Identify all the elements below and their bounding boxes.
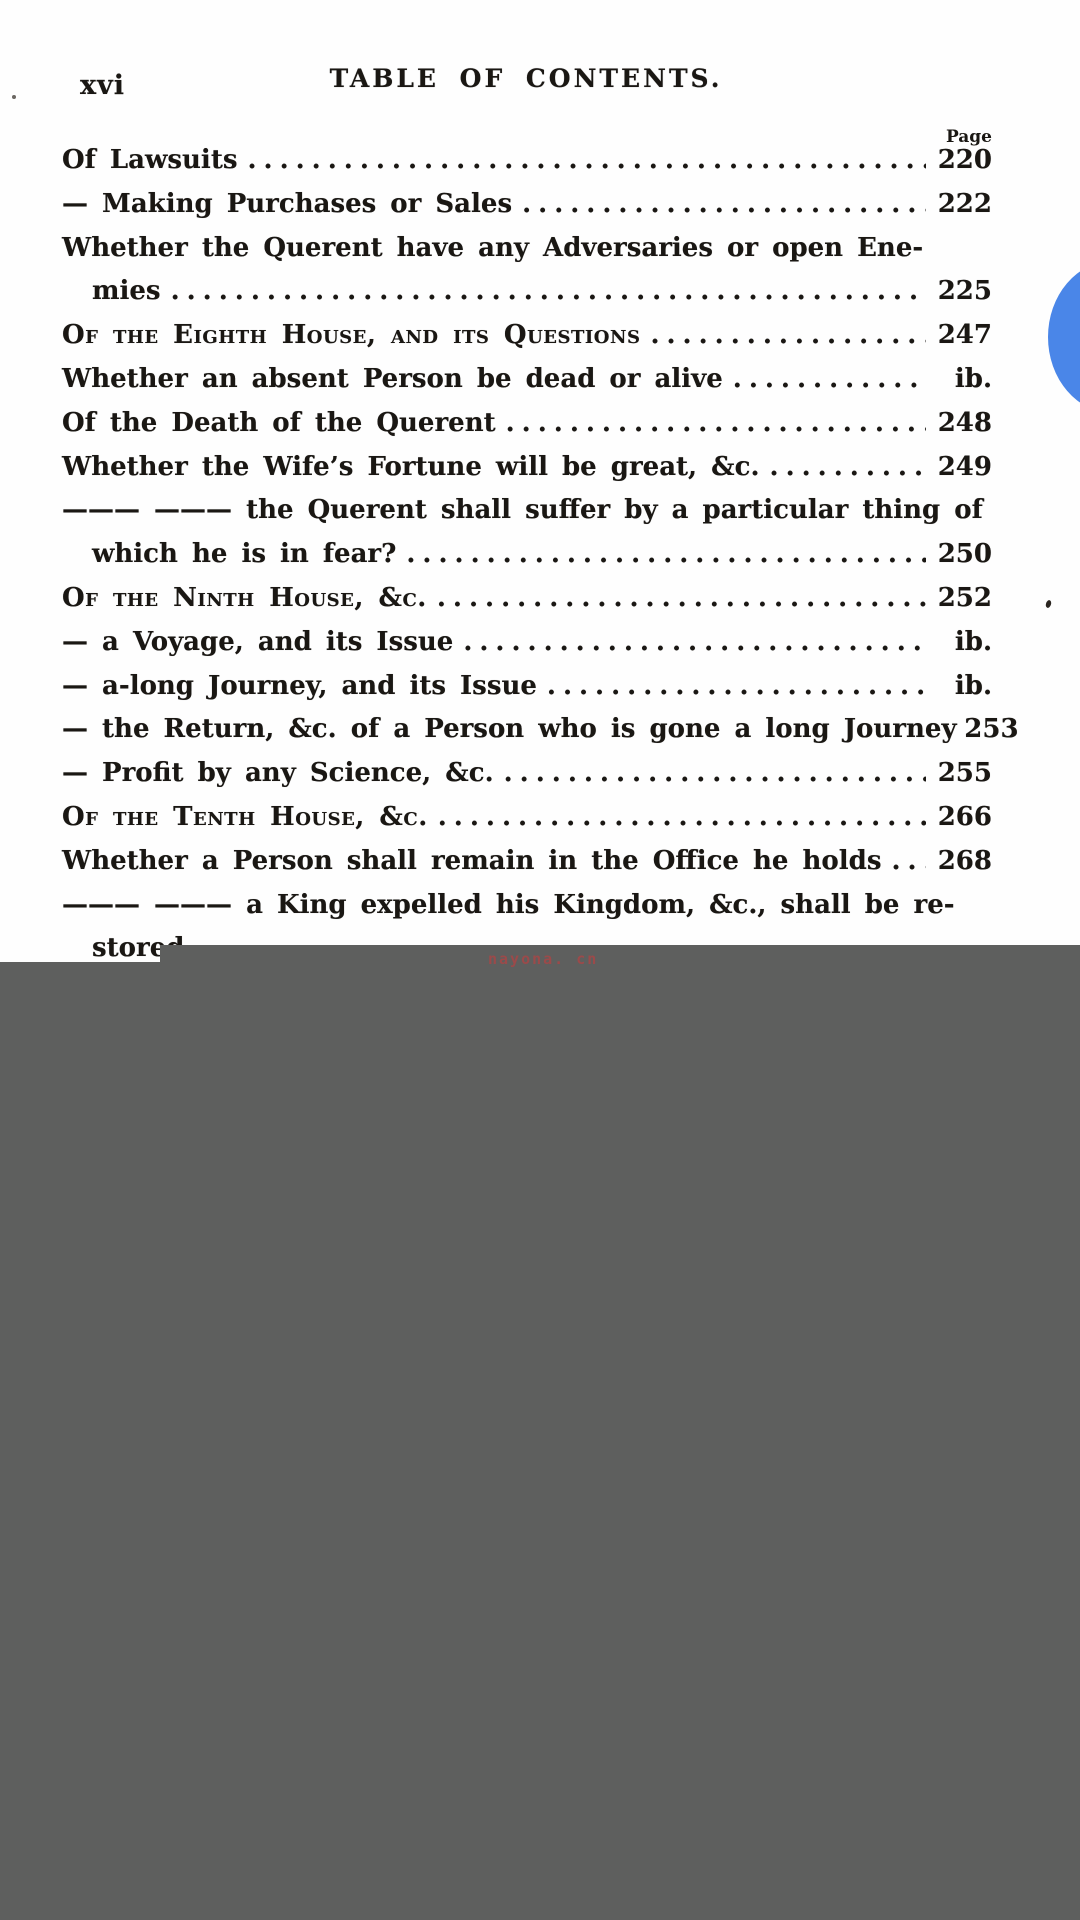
dot-leader: ........................................…: [650, 320, 926, 350]
blue-accent-shape: [1048, 261, 1080, 413]
toc-entry-page: 220: [930, 145, 992, 175]
toc-entry-text: — Making Purchases or Sales: [62, 189, 512, 219]
toc-entry-text: Of the Death of the Querent: [62, 408, 496, 438]
dot-leader: ........................................…: [522, 189, 926, 219]
page-title: TABLE OF CONTENTS.: [60, 64, 992, 93]
toc-entry-text: Of Lawsuits: [62, 145, 237, 175]
dot-leader: ........................................…: [406, 539, 926, 569]
toc-entry: — the Return, &c. of a Person who is gon…: [62, 714, 992, 758]
toc-entry: Of the Eighth House, and its Questions..…: [62, 320, 992, 364]
toc-entry-page: 266: [930, 802, 992, 832]
toc-entry-text: Of the Ninth House, &c.: [62, 583, 427, 613]
toc-entry: Whether the Wife’s Fortune will be great…: [62, 452, 992, 496]
dot-leader: ........................................…: [547, 671, 926, 701]
toc-entry: mies....................................…: [62, 276, 992, 320]
toc-entry: — a Voyage, and its Issue...............…: [62, 627, 992, 671]
toc-entry: Of the Tenth House, &c..................…: [62, 802, 992, 846]
toc-entry: ——— ——— a King expelled his Kingdom, &c.…: [62, 890, 992, 934]
toc-entry-text: ——— ——— the Querent shall suffer by a pa…: [62, 495, 983, 525]
dot-leader: ........................................…: [463, 627, 926, 657]
page-column-label: Page: [60, 127, 992, 147]
dot-leader: ........................................…: [504, 758, 926, 788]
watermark-text: nayona. cn: [488, 950, 598, 968]
toc-entry: which he is in fear?....................…: [62, 539, 992, 583]
toc-entry-text: — a-long Journey, and its Issue: [62, 671, 537, 701]
toc-entry-page: ib.: [930, 627, 992, 657]
toc-entry: — a-long Journey, and its Issue.........…: [62, 671, 992, 715]
scanned-book-page: xvi TABLE OF CONTENTS. Page Of Lawsuits.…: [0, 0, 1080, 1920]
scan-speck: [12, 95, 16, 99]
toc-entry: Whether the Querent have any Adversaries…: [62, 233, 992, 277]
toc-entry-text: — Profit by any Science, &c.: [62, 758, 494, 788]
toc-entry-text: Whether the Wife’s Fortune will be great…: [62, 452, 760, 482]
toc-entry: ——— ——— the Querent shall suffer by a pa…: [62, 495, 992, 539]
toc-entry-text: Of the Eighth House, and its Questions: [62, 320, 640, 350]
toc-entry: Of Lawsuits.............................…: [62, 145, 992, 189]
dot-leader: ........................................…: [891, 846, 926, 876]
toc-entry: Of the Death of the Querent.............…: [62, 408, 992, 452]
dot-leader: ........................................…: [437, 583, 926, 613]
toc-entry: Of the Ninth House, &c..................…: [62, 583, 992, 627]
toc-entry-text: — a Voyage, and its Issue: [62, 627, 453, 657]
toc-entry-page: 249: [930, 452, 992, 482]
toc-entry: Whether a Person shall remain in the Off…: [62, 846, 992, 890]
toc-entry-text: Whether a Person shall remain in the Off…: [62, 846, 881, 876]
toc-entry-page: 225: [930, 276, 992, 306]
toc-entry-text: mies: [62, 276, 161, 306]
toc-entry-page: 250: [930, 539, 992, 569]
dot-leader: ........................................…: [770, 452, 926, 482]
toc-entry-page: 222: [930, 189, 992, 219]
toc-entry-page: 247: [930, 320, 992, 350]
dot-leader: ........................................…: [171, 276, 926, 306]
toc-entry-page: 255: [930, 758, 992, 788]
toc-entry: Whether an absent Person be dead or aliv…: [62, 364, 992, 408]
toc-entry-page: 248: [930, 408, 992, 438]
dot-leader: ........................................…: [506, 408, 926, 438]
toc-entry-page: ib.: [930, 364, 992, 394]
dot-leader: ........................................…: [247, 145, 926, 175]
toc-entry-text: — the Return, &c. of a Person who is gon…: [62, 714, 957, 744]
dot-leader: ........................................…: [438, 802, 926, 832]
gray-overlay: [0, 962, 1080, 1920]
toc-entry-text: Whether the Querent have any Adversaries…: [62, 233, 923, 263]
toc-entry: — Making Purchases or Sales.............…: [62, 189, 992, 233]
toc-entry-page: ib.: [930, 671, 992, 701]
toc-entry-text: ——— ——— a King expelled his Kingdom, &c.…: [62, 890, 955, 920]
toc-entry-page: 253: [957, 714, 1019, 744]
scan-speck: [1045, 599, 1052, 608]
toc-entry: — Profit by any Science, &c.............…: [62, 758, 992, 802]
toc-entry-text: which he is in fear?: [62, 539, 396, 569]
toc-entry-page: 252: [930, 583, 992, 613]
toc-entry-page: 268: [930, 846, 992, 876]
toc-entry-text: Whether an absent Person be dead or aliv…: [62, 364, 723, 394]
dot-leader: ........................................…: [733, 364, 926, 394]
toc-entries: Of Lawsuits.............................…: [62, 145, 992, 977]
toc-entry-text: Of the Tenth House, &c.: [62, 802, 428, 832]
